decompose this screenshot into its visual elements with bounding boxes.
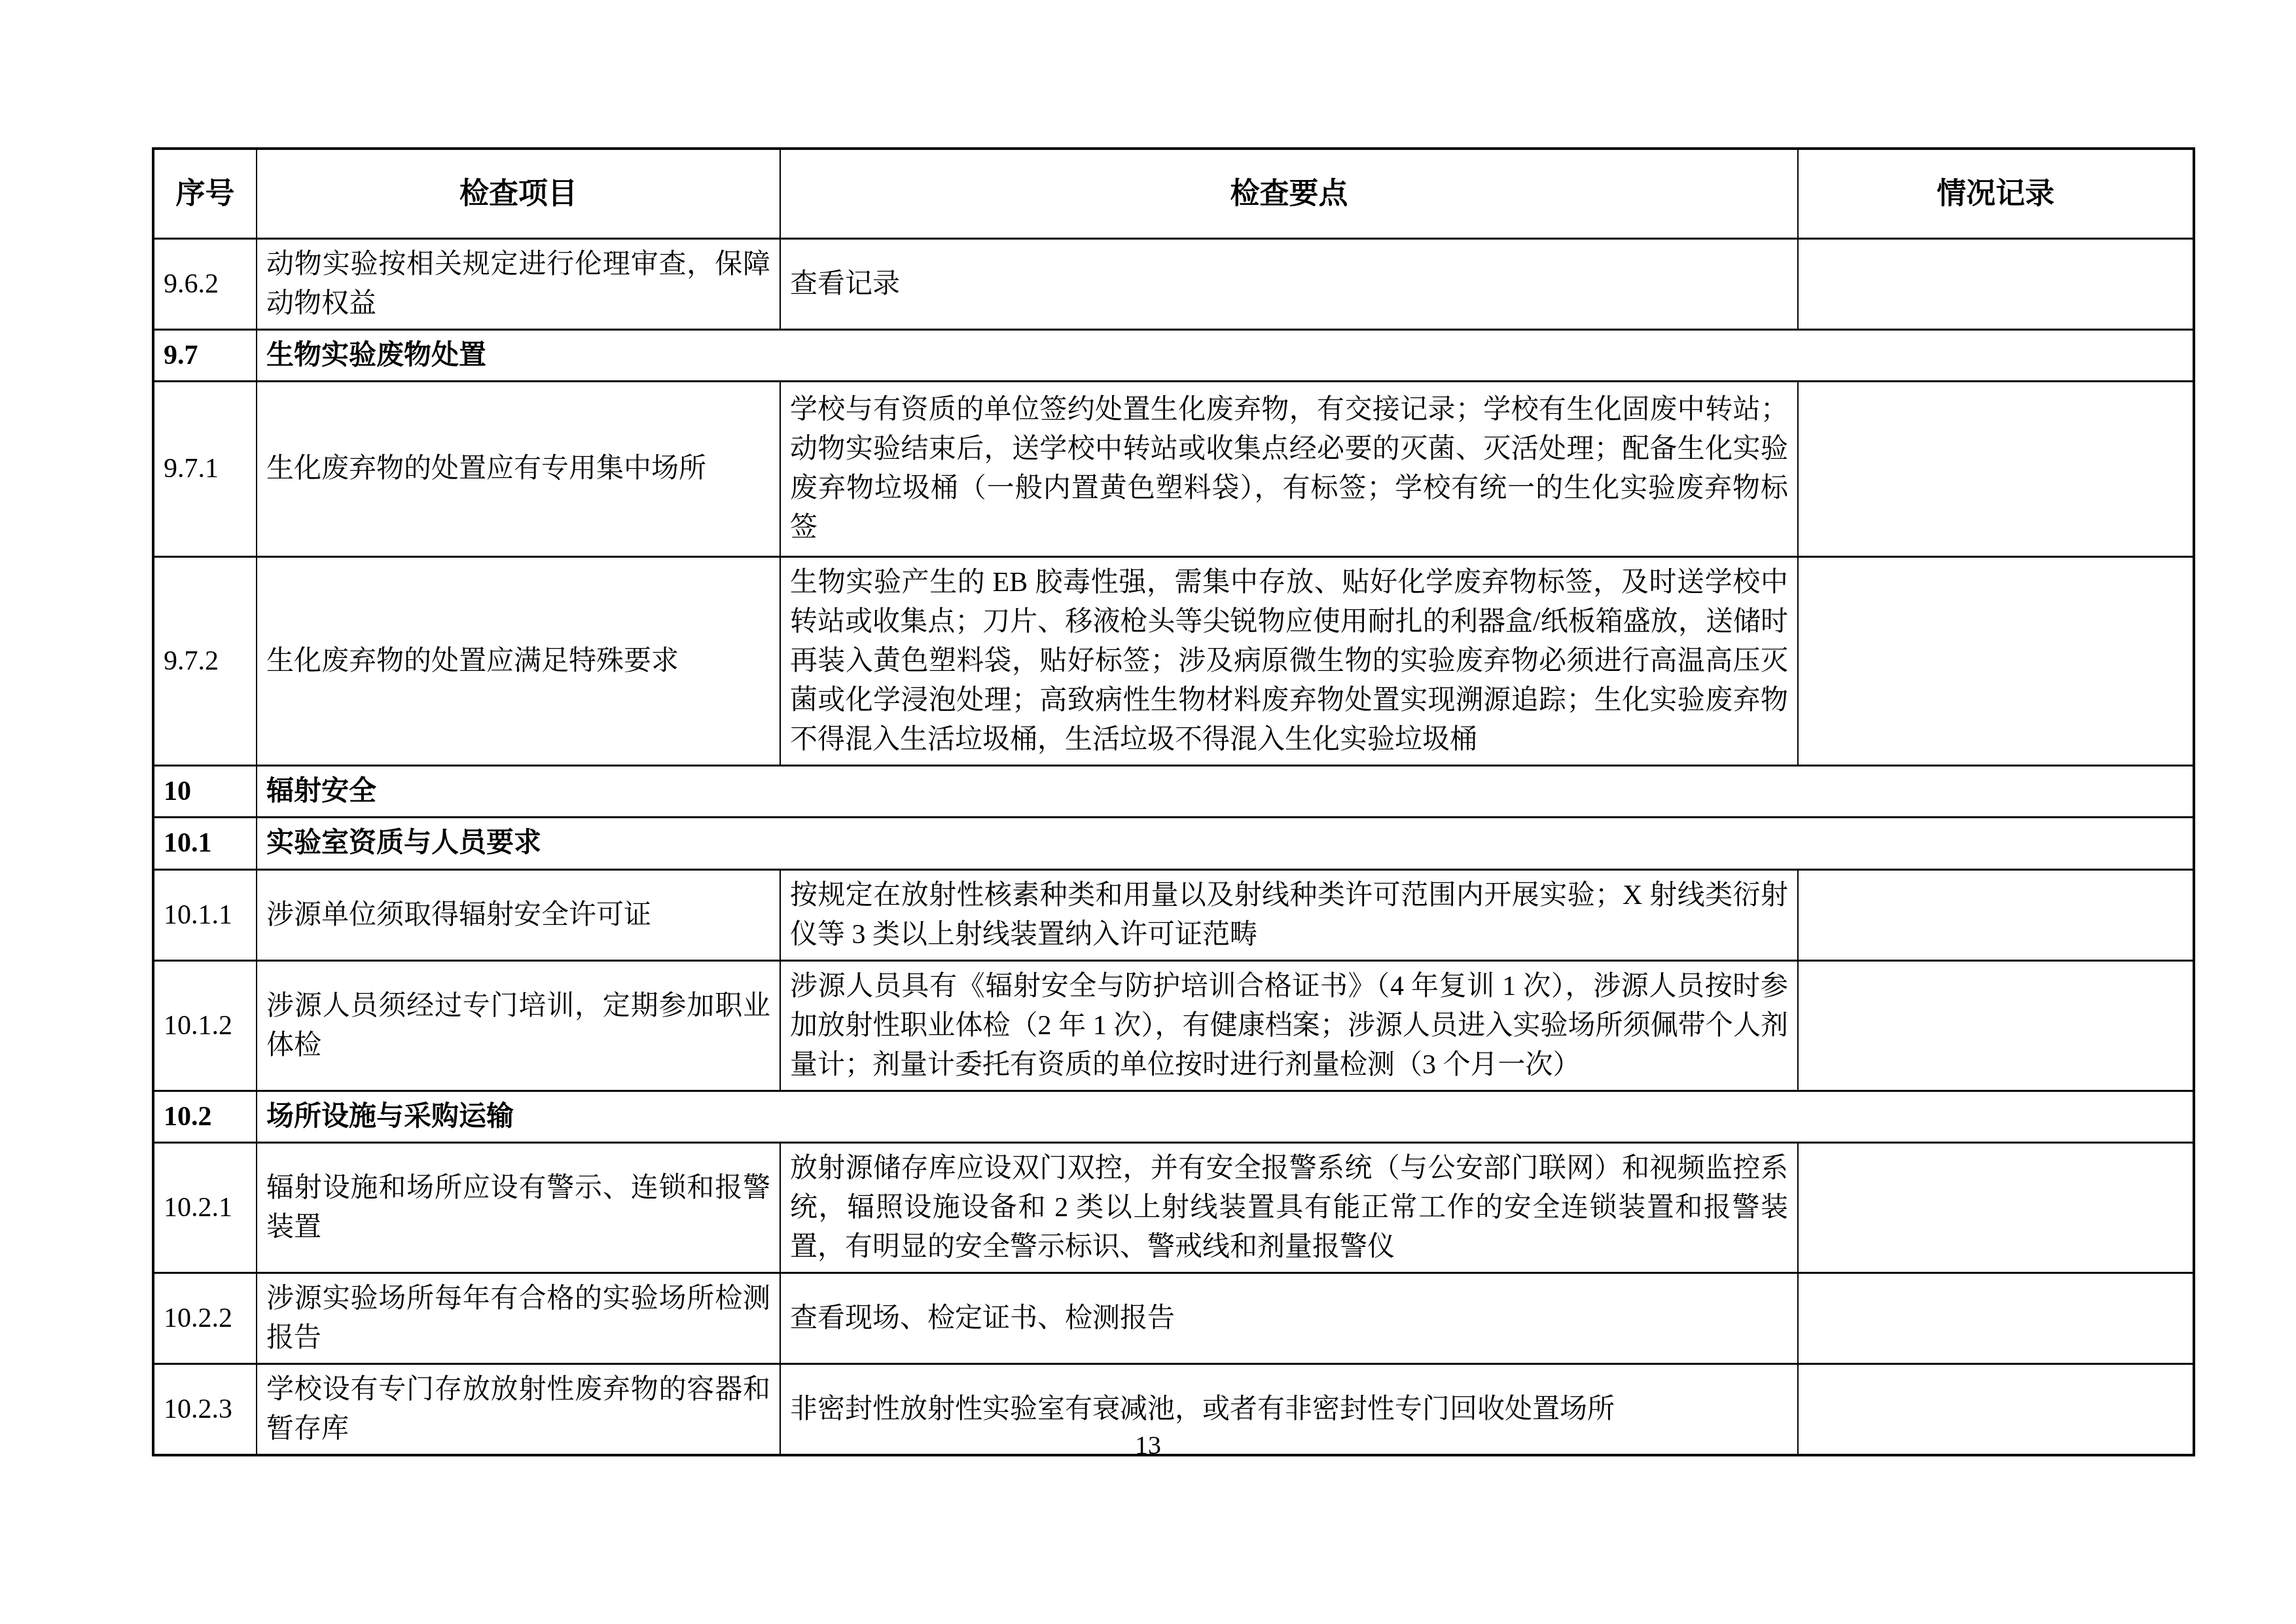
- table-row: 10.2.1 辐射设施和场所应设有警示、连锁和报警装置 放射源储存库应设双门双控…: [153, 1142, 2194, 1272]
- cell-no: 9.7.2: [153, 556, 257, 765]
- cell-points: 查看记录: [780, 238, 1798, 329]
- table-row: 9.7.2 生化废弃物的处置应满足特殊要求 生物实验产生的 EB 胶毒性强，需集…: [153, 556, 2194, 765]
- cell-item: 涉源人员须经过专门培训，定期参加职业体检: [257, 960, 780, 1091]
- column-header-item: 检查项目: [257, 149, 780, 238]
- document-page: 序号 检查项目 检查要点 情况记录 9.6.2 动物实验按相关规定进行伦理审查，…: [0, 0, 2296, 1624]
- cell-no: 10.2: [153, 1091, 257, 1142]
- section-row: 9.7 生物实验废物处置: [153, 329, 2194, 381]
- cell-points: 按规定在放射性核素种类和用量以及射线种类许可范围内开展实验；X 射线类衍射仪等 …: [780, 869, 1798, 960]
- table-row: 10.1.1 涉源单位须取得辐射安全许可证 按规定在放射性核素种类和用量以及射线…: [153, 869, 2194, 960]
- cell-item: 生化废弃物的处置应有专用集中场所: [257, 381, 780, 556]
- cell-no: 10.1: [153, 817, 257, 869]
- cell-section-title: 场所设施与采购运输: [257, 1091, 2194, 1142]
- cell-no: 10.2.2: [153, 1272, 257, 1363]
- cell-section-title: 辐射安全: [257, 765, 2194, 817]
- cell-record: [1798, 1272, 2194, 1363]
- cell-no: 10.1.1: [153, 869, 257, 960]
- cell-item: 涉源实验场所每年有合格的实验场所检测报告: [257, 1272, 780, 1363]
- section-row: 10 辐射安全: [153, 765, 2194, 817]
- cell-points: 学校与有资质的单位签约处置生化废弃物，有交接记录；学校有生化固废中转站；动物实验…: [780, 381, 1798, 556]
- cell-no: 9.7.1: [153, 381, 257, 556]
- cell-section-title: 生物实验废物处置: [257, 329, 2194, 381]
- table-row: 10.2.2 涉源实验场所每年有合格的实验场所检测报告 查看现场、检定证书、检测…: [153, 1272, 2194, 1363]
- cell-item: 辐射设施和场所应设有警示、连锁和报警装置: [257, 1142, 780, 1272]
- cell-points: 查看现场、检定证书、检测报告: [780, 1272, 1798, 1363]
- column-header-record: 情况记录: [1798, 149, 2194, 238]
- table-row: 9.6.2 动物实验按相关规定进行伦理审查，保障动物权益 查看记录: [153, 238, 2194, 329]
- cell-record: [1798, 960, 2194, 1091]
- cell-record: [1798, 1142, 2194, 1272]
- cell-section-title: 实验室资质与人员要求: [257, 817, 2194, 869]
- cell-points: 放射源储存库应设双门双控，并有安全报警系统（与公安部门联网）和视频监控系统，辐照…: [780, 1142, 1798, 1272]
- checklist-table: 序号 检查项目 检查要点 情况记录 9.6.2 动物实验按相关规定进行伦理审查，…: [152, 147, 2195, 1456]
- table-row: 9.7.1 生化废弃物的处置应有专用集中场所 学校与有资质的单位签约处置生化废弃…: [153, 381, 2194, 556]
- cell-record: [1798, 381, 2194, 556]
- column-header-no: 序号: [153, 149, 257, 238]
- cell-points: 生物实验产生的 EB 胶毒性强，需集中存放、贴好化学废弃物标签，及时送学校中转站…: [780, 556, 1798, 765]
- cell-points: 涉源人员具有《辐射安全与防护培训合格证书》（4 年复训 1 次），涉源人员按时参…: [780, 960, 1798, 1091]
- cell-item: 生化废弃物的处置应满足特殊要求: [257, 556, 780, 765]
- section-row: 10.2 场所设施与采购运输: [153, 1091, 2194, 1142]
- header-row: 序号 检查项目 检查要点 情况记录: [153, 149, 2194, 238]
- section-row: 10.1 实验室资质与人员要求: [153, 817, 2194, 869]
- cell-no: 10.2.1: [153, 1142, 257, 1272]
- cell-item: 动物实验按相关规定进行伦理审查，保障动物权益: [257, 238, 780, 329]
- cell-no: 9.7: [153, 329, 257, 381]
- cell-record: [1798, 556, 2194, 765]
- cell-item: 涉源单位须取得辐射安全许可证: [257, 869, 780, 960]
- page-number: 13: [0, 1430, 2296, 1460]
- cell-record: [1798, 869, 2194, 960]
- column-header-points: 检查要点: [780, 149, 1798, 238]
- cell-record: [1798, 238, 2194, 329]
- cell-no: 10: [153, 765, 257, 817]
- cell-no: 9.6.2: [153, 238, 257, 329]
- table-row: 10.1.2 涉源人员须经过专门培训，定期参加职业体检 涉源人员具有《辐射安全与…: [153, 960, 2194, 1091]
- cell-no: 10.1.2: [153, 960, 257, 1091]
